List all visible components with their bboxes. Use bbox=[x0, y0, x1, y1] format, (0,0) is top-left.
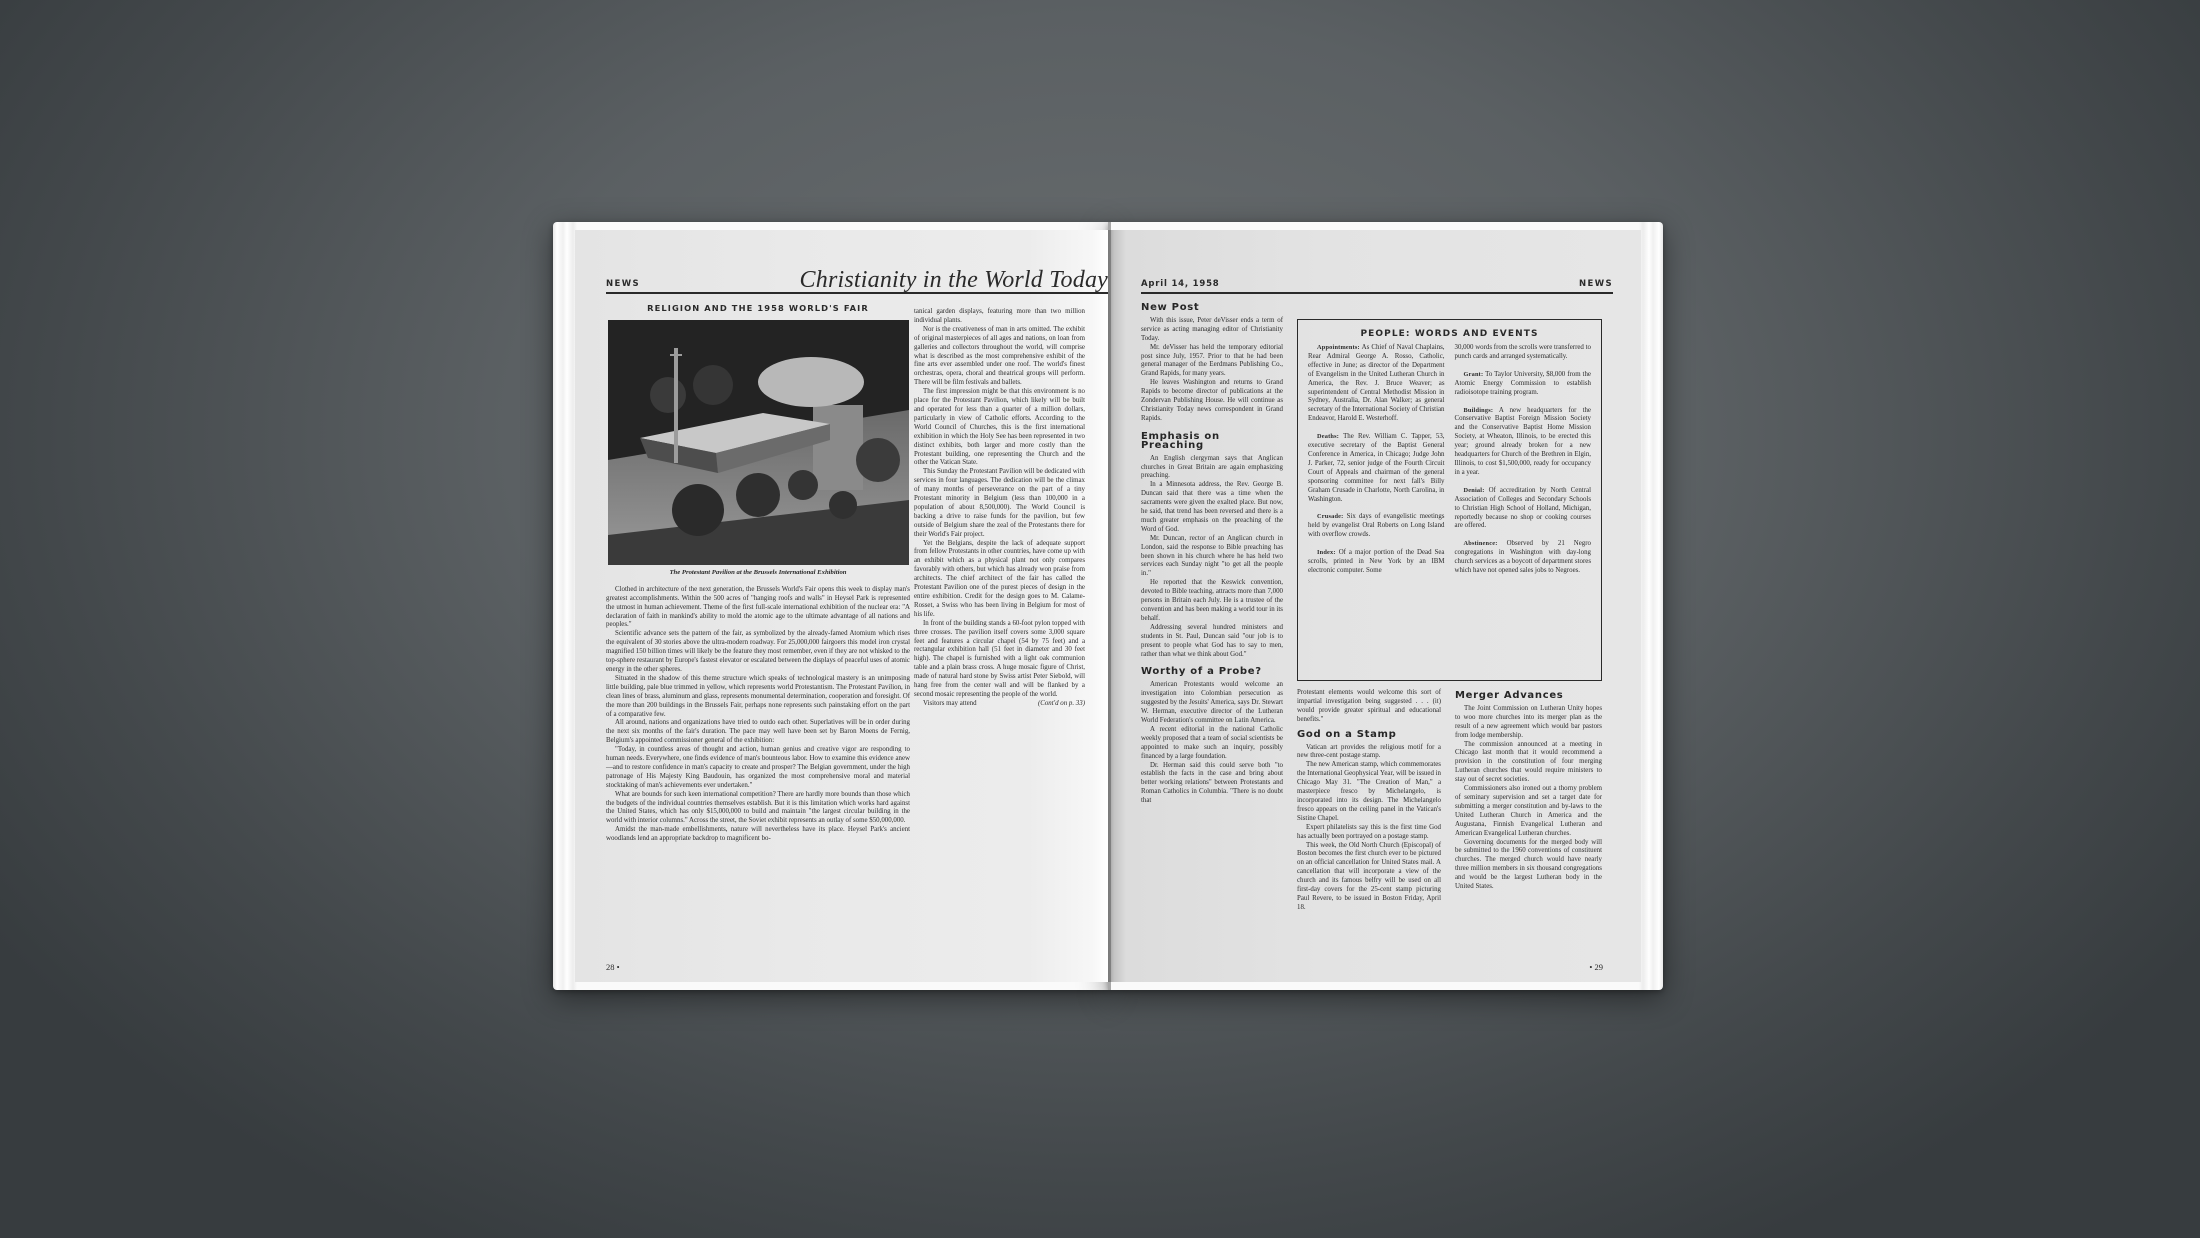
pavilion-model-image bbox=[608, 320, 909, 565]
page-number-right: • 29 bbox=[1589, 962, 1603, 972]
paragraph: All around, nations and organizations ha… bbox=[606, 719, 910, 746]
heading-worthy-of-a-probe: Worthy of a Probe? bbox=[1141, 668, 1283, 677]
paragraph: The commission announced at a meeting in… bbox=[1455, 741, 1602, 786]
right-column-2: Protestant elements would welcome this s… bbox=[1297, 689, 1441, 913]
article-title: RELIGION AND THE 1958 WORLD'S FAIR bbox=[606, 304, 910, 313]
paragraph: What are bounds for such keen internatio… bbox=[606, 791, 910, 827]
paragraph: Addressing several hundred ministers and… bbox=[1141, 624, 1283, 660]
paragraph: Governing documents for the merged body … bbox=[1455, 839, 1602, 892]
paragraph: Commissioners also ironed out a thorny p… bbox=[1455, 785, 1602, 838]
box-item-denial: Denial: Of accreditation by North Centra… bbox=[1455, 487, 1592, 532]
paragraph: American Protestants would welcome an in… bbox=[1141, 681, 1283, 726]
paragraph: A recent editorial in the national Catho… bbox=[1141, 726, 1283, 762]
pavilion-photo bbox=[608, 320, 909, 565]
box-item-appointments: Appointments: As Chief of Naval Chaplain… bbox=[1308, 344, 1445, 424]
paragraph: The new American stamp, which commemorat… bbox=[1297, 761, 1441, 823]
left-page: NEWS Christianity in the World Today REL… bbox=[575, 230, 1108, 982]
box-item-buildings: Buildings: A new headquarters for the Co… bbox=[1455, 407, 1592, 478]
paragraph: The first impression might be that this … bbox=[914, 388, 1085, 468]
gutter bbox=[1108, 222, 1111, 990]
right-page: April 14, 1958 NEWS New Post With this i… bbox=[1108, 230, 1641, 982]
paragraph: Dr. Herman said this could serve both "t… bbox=[1141, 762, 1283, 807]
paragraph: In front of the building stands a 60-foo… bbox=[914, 620, 1085, 700]
heading-emphasis-on-preaching: Emphasis on Preaching bbox=[1141, 433, 1283, 451]
paragraph: Yet the Belgians, despite the lack of ad… bbox=[914, 540, 1085, 620]
issue-date: April 14, 1958 bbox=[1141, 279, 1220, 289]
people-words-events-box: PEOPLE: WORDS AND EVENTS Appointments: A… bbox=[1297, 319, 1602, 681]
box-item-crusade: Crusade: Six days of evangelistic meetin… bbox=[1308, 513, 1445, 540]
paragraph: Protestant elements would welcome this s… bbox=[1297, 689, 1441, 725]
left-page-header: NEWS Christianity in the World Today bbox=[606, 268, 1108, 294]
paragraph: He leaves Washington and returns to Gran… bbox=[1141, 379, 1283, 424]
box-item-index: Index: Of a major portion of the Dead Se… bbox=[1308, 549, 1445, 576]
last-line: Visitors may attend bbox=[923, 700, 977, 707]
open-magazine: NEWS Christianity in the World Today REL… bbox=[553, 222, 1663, 990]
page-number-left: 28 • bbox=[606, 962, 620, 972]
heading-new-post: New Post bbox=[1141, 304, 1283, 313]
paragraph: Mr. Duncan, rector of an Anglican church… bbox=[1141, 535, 1283, 580]
paragraph: The Joint Commission on Lutheran Unity h… bbox=[1455, 705, 1602, 741]
paragraph: Scientific advance sets the pattern of t… bbox=[606, 630, 910, 675]
paragraph: Nor is the creativeness of man in arts o… bbox=[914, 326, 1085, 388]
continued-link[interactable]: (Cont'd on p. 33) bbox=[1029, 700, 1085, 709]
photo-caption: The Protestant Pavilion at the Brussels … bbox=[606, 569, 910, 578]
box-right-column: 30,000 words from the scrolls were trans… bbox=[1455, 344, 1592, 585]
box-item-index-continued: 30,000 words from the scrolls were trans… bbox=[1455, 344, 1592, 362]
paragraph: In a Minnesota address, the Rev. George … bbox=[1141, 481, 1283, 534]
box-item-grant: Grant: To Taylor University, $8,000 from… bbox=[1455, 371, 1592, 398]
box-item-deaths: Deaths: The Rev. William C. Tapper, 53, … bbox=[1308, 433, 1445, 504]
box-item-abstinence: Abstinence: Observed by 21 Negro congreg… bbox=[1455, 540, 1592, 576]
heading-god-on-a-stamp: God on a Stamp bbox=[1297, 731, 1441, 740]
paragraph: Situated in the shadow of this theme str… bbox=[606, 675, 910, 720]
right-column-1: New Post With this issue, Peter deVisser… bbox=[1141, 304, 1283, 806]
left-right-column: tanical garden displays, featuring more … bbox=[914, 308, 1085, 709]
paragraph: Vatican art provides the religious motif… bbox=[1297, 744, 1441, 762]
paragraph: tanical garden displays, featuring more … bbox=[914, 308, 1085, 326]
paragraph: This week, the Old North Church (Episcop… bbox=[1297, 842, 1441, 913]
paragraph: He reported that the Keswick convention,… bbox=[1141, 579, 1283, 624]
right-column-3: Merger Advances The Joint Commission on … bbox=[1455, 692, 1602, 892]
paragraph: An English clergyman says that Anglican … bbox=[1141, 455, 1283, 482]
paragraph: Mr. deVisser has held the temporary edit… bbox=[1141, 344, 1283, 380]
masthead-title: Christianity in the World Today bbox=[800, 268, 1108, 292]
paragraph: This Sunday the Protestant Pavilion will… bbox=[914, 468, 1085, 539]
paragraph: "Today, in countless areas of thought an… bbox=[606, 746, 910, 791]
paragraph: Amidst the man-made embellishments, natu… bbox=[606, 826, 910, 844]
paragraph-last: Visitors may attend (Cont'd on p. 33) bbox=[914, 700, 1085, 709]
right-page-header: April 14, 1958 NEWS bbox=[1141, 268, 1613, 294]
heading-merger-advances: Merger Advances bbox=[1455, 692, 1602, 701]
box-title: PEOPLE: WORDS AND EVENTS bbox=[1308, 329, 1591, 339]
left-main-column: RELIGION AND THE 1958 WORLD'S FAIR bbox=[606, 304, 910, 844]
section-label: NEWS bbox=[1579, 279, 1613, 289]
section-label: NEWS bbox=[606, 279, 640, 289]
paragraph: With this issue, Peter deVisser ends a t… bbox=[1141, 317, 1283, 344]
paragraph: Clothed in architecture of the next gene… bbox=[606, 586, 910, 631]
paragraph: Expert philatelists say this is the firs… bbox=[1297, 824, 1441, 842]
box-left-column: Appointments: As Chief of Naval Chaplain… bbox=[1308, 344, 1445, 585]
